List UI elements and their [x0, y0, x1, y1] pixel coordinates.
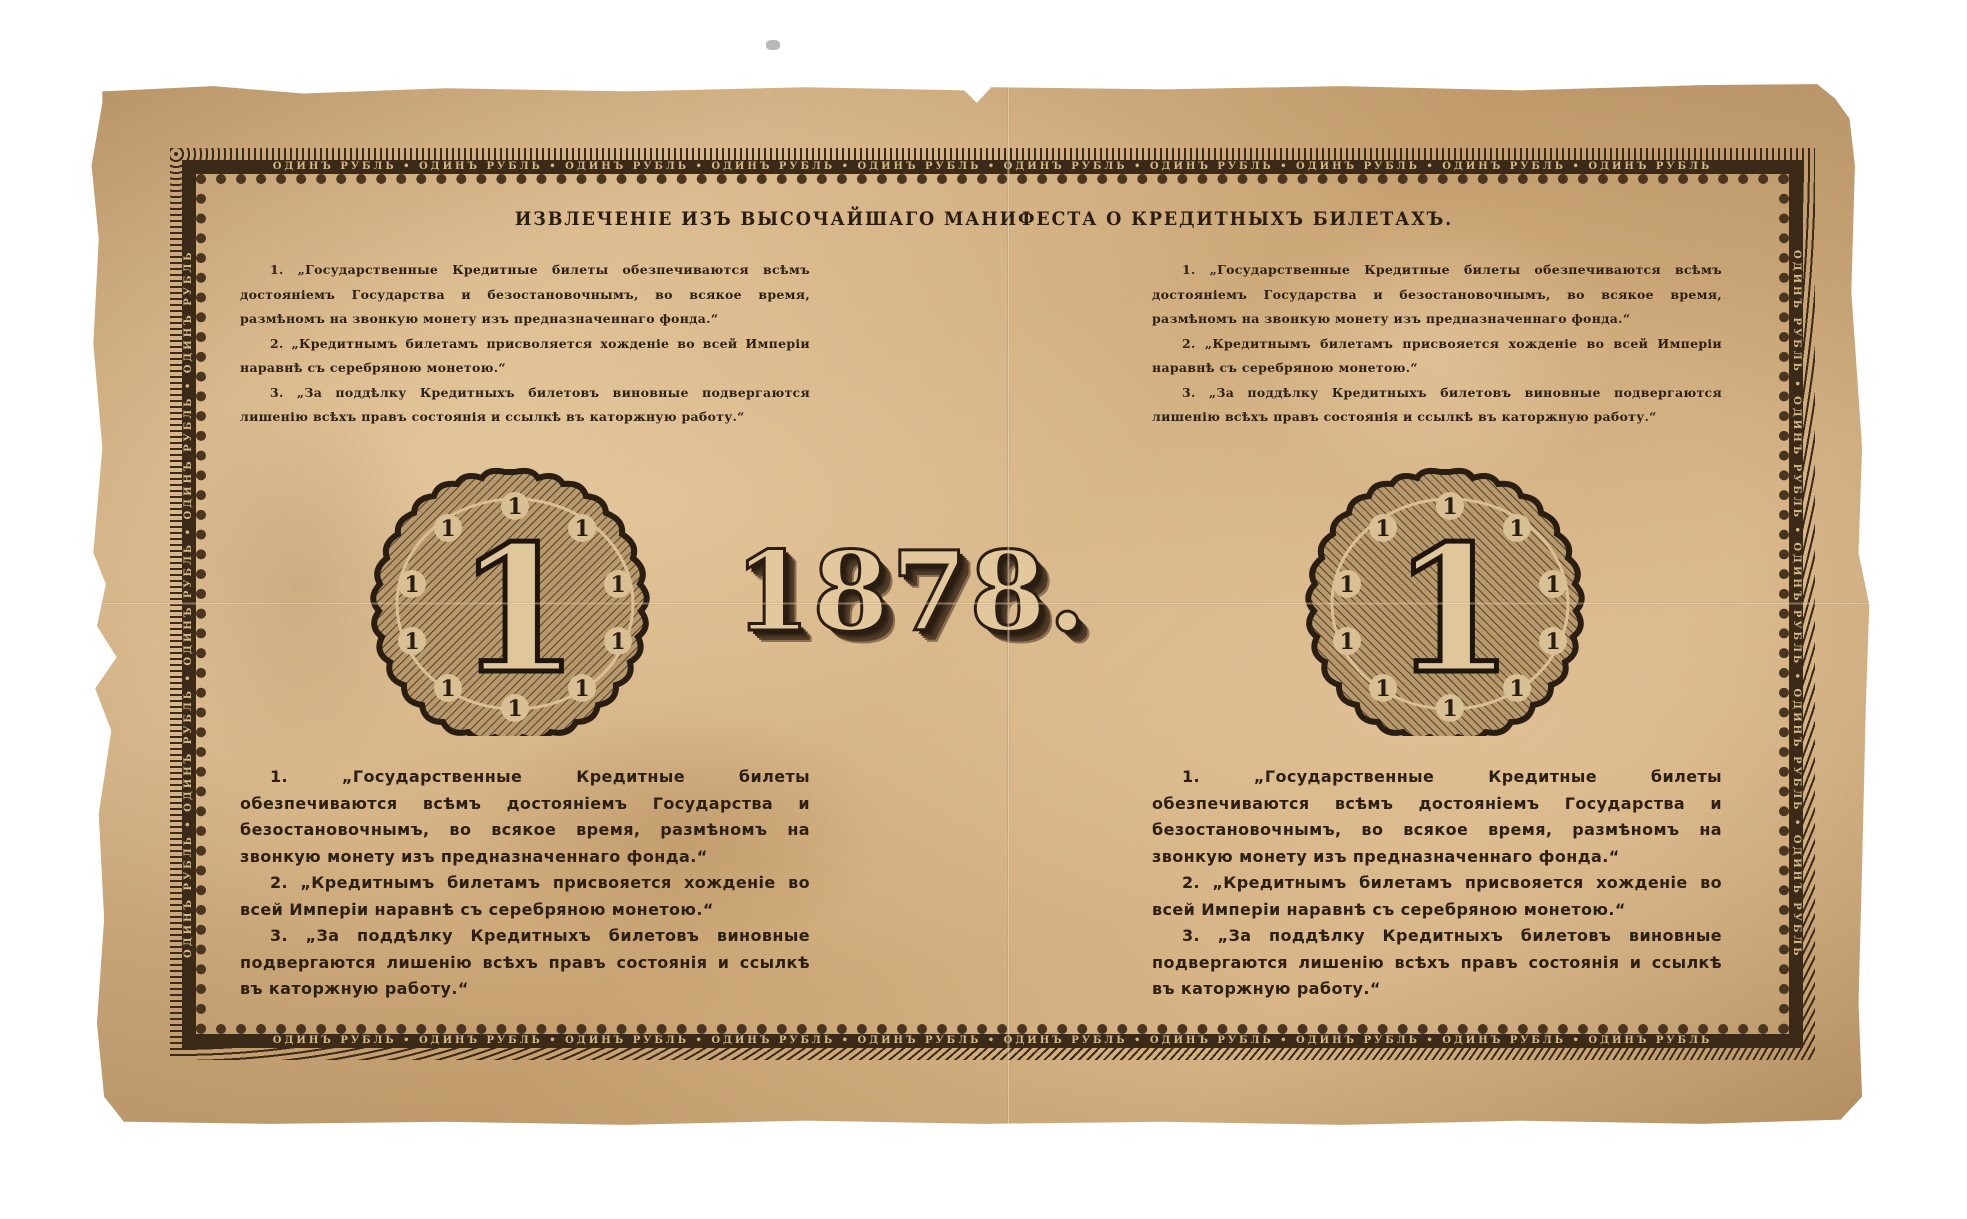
svg-text:1: 1 — [404, 572, 419, 598]
svg-text:1: 1 — [1545, 629, 1560, 655]
rosette-1-icon: 1 1 1 1 1 1 1 1 1 1 1 — [1295, 466, 1605, 736]
text-block-top-left: 1. „Государственные Кредитные билеты обе… — [240, 258, 810, 430]
svg-text:1: 1 — [610, 572, 625, 598]
year-numeral: 1878. — [734, 527, 1088, 656]
text-block-bottom-left: 1. „Государственные Кредитные билеты обе… — [240, 764, 810, 1003]
svg-text:1: 1 — [1375, 676, 1390, 702]
clause-1: 1. „Государственные Кредитные билеты обе… — [240, 764, 810, 870]
clause-2: 2. „Кредитнымъ билетамъ присвояется хожд… — [1152, 332, 1722, 381]
border-text-top: ОДИНЪ РУБЛЬ • ОДИНЪ РУБЛЬ • ОДИНЪ РУБЛЬ … — [196, 160, 1789, 174]
horizontal-fold-crease — [88, 602, 1880, 605]
clause-1: 1. „Государственные Кредитные билеты обе… — [1152, 258, 1722, 332]
border-text-bottom: ОДИНЪ РУБЛЬ • ОДИНЪ РУБЛЬ • ОДИНЪ РУБЛЬ … — [196, 1034, 1789, 1048]
svg-text:1: 1 — [1375, 516, 1390, 542]
clause-1: 1. „Государственные Кредитные билеты обе… — [1152, 764, 1722, 870]
svg-text:1: 1 — [440, 516, 455, 542]
clause-2: 2. „Кредитнымъ билетамъ присвояется хожд… — [240, 870, 810, 923]
manifesto-title: ИЗВЛЕЧЕНІЕ ИЗЪ ВЫСОЧАЙШАГО МАНИФЕСТА О К… — [160, 208, 1809, 230]
clause-3: 3. „За поддѣлку Кредитныхъ билетовъ вино… — [1152, 923, 1722, 1003]
clause-3: 3. „За поддѣлку Кредитныхъ билетовъ вино… — [240, 381, 810, 430]
svg-text:1: 1 — [404, 629, 419, 655]
clause-3: 3. „За поддѣлку Кредитныхъ билетовъ вино… — [1152, 381, 1722, 430]
text-block-top-right: 1. „Государственные Кредитные билеты обе… — [1152, 258, 1722, 430]
rosette-1-icon: 1 1 1 1 1 1 1 1 1 1 1 — [360, 466, 670, 736]
banknote-paper: ОДИНЪ РУБЛЬ • ОДИНЪ РУБЛЬ • ОДИНЪ РУБЛЬ … — [88, 82, 1880, 1128]
svg-text:1: 1 — [1339, 572, 1354, 598]
svg-text:1: 1 — [457, 508, 579, 713]
svg-text:1: 1 — [1545, 572, 1560, 598]
denomination-rosette-left: 1 1 1 1 1 1 1 1 1 1 1 — [360, 466, 670, 736]
vertical-fold-crease — [1007, 82, 1010, 1128]
clause-1: 1. „Государственные Кредитные билеты обе… — [240, 258, 810, 332]
scan-speck — [766, 40, 780, 50]
text-block-bottom-right: 1. „Государственные Кредитные билеты обе… — [1152, 764, 1722, 1003]
svg-text:1: 1 — [1339, 629, 1354, 655]
clause-2: 2. „Кредитнымъ билетамъ присволяется хож… — [240, 332, 810, 381]
clause-2: 2. „Кредитнымъ билетамъ присвояется хожд… — [1152, 870, 1722, 923]
denomination-rosette-right: 1 1 1 1 1 1 1 1 1 1 1 — [1295, 466, 1605, 736]
svg-text:1: 1 — [610, 629, 625, 655]
svg-text:1: 1 — [440, 676, 455, 702]
svg-text:1: 1 — [1392, 508, 1514, 713]
clause-3: 3. „За поддѣлку Кредитныхъ билетовъ вино… — [240, 923, 810, 1003]
